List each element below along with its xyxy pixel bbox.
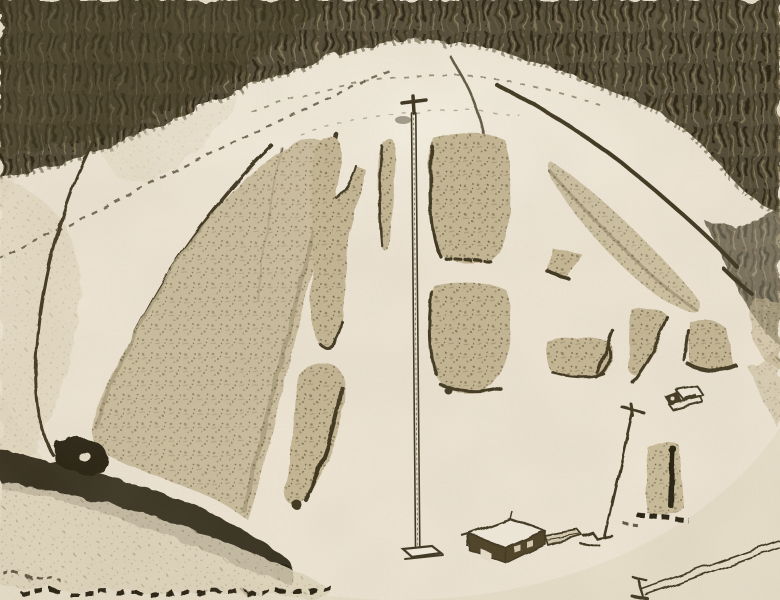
vintage-ski-trail-map-illustration (0, 0, 780, 600)
paper-grain-overlay (0, 0, 780, 600)
ski-hill-drawing (0, 0, 780, 600)
